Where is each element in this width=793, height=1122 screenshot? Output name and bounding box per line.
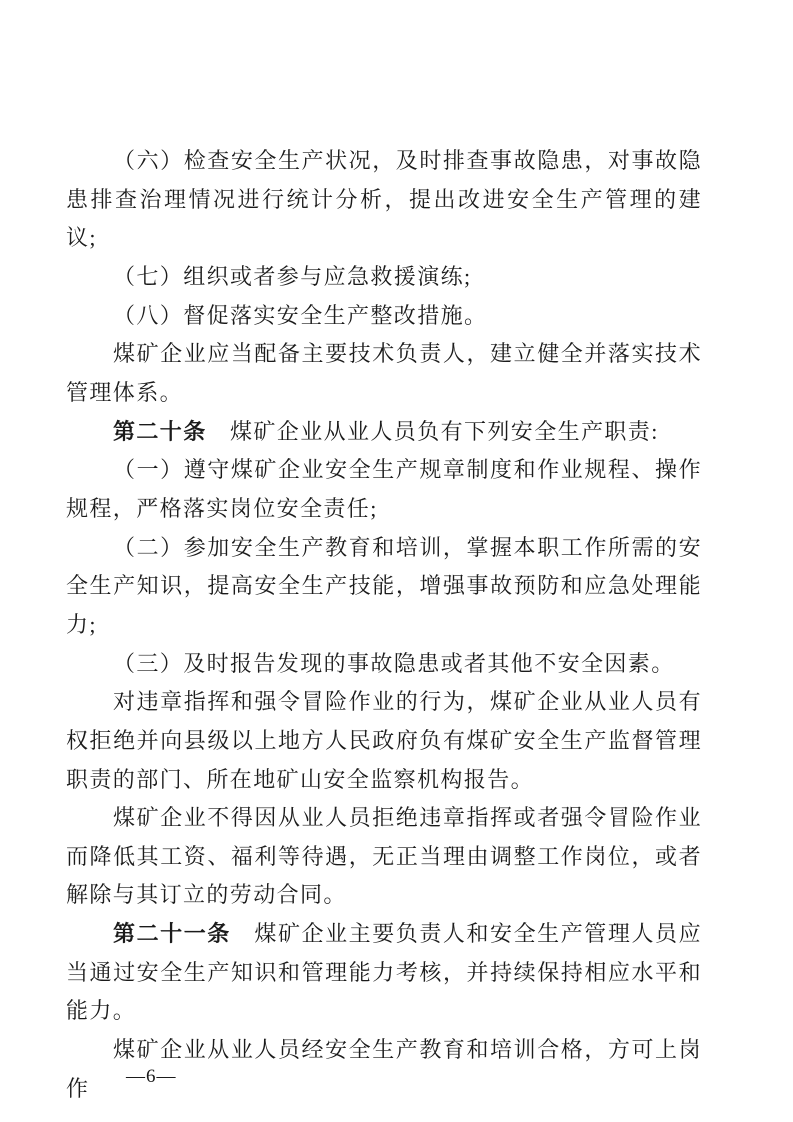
paragraph-text: （一）遵守煤矿企业安全生产规章制度和作业规程、操作规程，严格落实岗位安全责任; (66, 457, 702, 521)
document-body: （六）检查安全生产状况，及时排查事故隐患，对事故隐患排查治理情况进行统计分析，提… (66, 142, 702, 1108)
paragraph-clause-6: （六）检查安全生产状况，及时排查事故隐患，对事故隐患排查治理情况进行统计分析，提… (66, 142, 702, 258)
paragraph-text: （六）检查安全生产状况，及时排查事故隐患，对事故隐患排查治理情况进行统计分析，提… (66, 148, 702, 250)
paragraph-clause-1: （一）遵守煤矿企业安全生产规章制度和作业规程、操作规程，严格落实岗位安全责任; (66, 451, 702, 528)
paragraph-text: （七）组织或者参与应急救援演练; (113, 264, 472, 289)
paragraph-clause-8: （八）督促落实安全生产整改措施。 (66, 297, 702, 336)
paragraph-text: （八）督促落实安全生产整改措施。 (113, 303, 487, 328)
paragraph-report-rights: 对违章指挥和强令冒险作业的行为，煤矿企业从业人员有权拒绝并向县级以上地方人民政府… (66, 683, 702, 799)
article-20-number: 第二十条 (113, 419, 207, 444)
paragraph-text: 煤矿企业从业人员负有下列安全生产职责: (207, 419, 659, 444)
paragraph-article-20: 第二十条 煤矿企业从业人员负有下列安全生产职责: (66, 413, 702, 452)
paragraph-no-retaliation: 煤矿企业不得因从业人员拒绝违章指挥或者强令冒险作业而降低其工资、福利等待遇，无正… (66, 799, 702, 915)
paragraph-text: 煤矿企业应当配备主要技术负责人，建立健全并落实技术管理体系。 (66, 341, 702, 405)
paragraph-clause-2: （二）参加安全生产教育和培训，掌握本职工作所需的安全生产知识，提高安全生产技能，… (66, 529, 702, 645)
paragraph-text: （二）参加安全生产教育和培训，掌握本职工作所需的安全生产知识，提高安全生产技能，… (66, 535, 702, 637)
paragraph-clause-7: （七）组织或者参与应急救援演练; (66, 258, 702, 297)
paragraph-text: 煤矿企业不得因从业人员拒绝违章指挥或者强令冒险作业而降低其工资、福利等待遇，无正… (66, 805, 702, 907)
paragraph-text: 对违章指挥和强令冒险作业的行为，煤矿企业从业人员有权拒绝并向县级以上地方人民政府… (66, 689, 702, 791)
page-number: —6— (126, 1066, 177, 1087)
paragraph-article-21: 第二十一条 煤矿企业主要负责人和安全生产管理人员应当通过安全生产知识和管理能力考… (66, 915, 702, 1031)
page-footer: —6— (126, 1066, 177, 1088)
paragraph-clause-3: （三）及时报告发现的事故隐患或者其他不安全因素。 (66, 645, 702, 684)
paragraph-technical-lead: 煤矿企业应当配备主要技术负责人，建立健全并落实技术管理体系。 (66, 335, 702, 412)
document-page: （六）检查安全生产状况，及时排查事故隐患，对事故隐患排查治理情况进行统计分析，提… (0, 0, 793, 1122)
paragraph-text: （三）及时报告发现的事故隐患或者其他不安全因素。 (113, 651, 675, 676)
article-21-number: 第二十一条 (113, 921, 231, 946)
